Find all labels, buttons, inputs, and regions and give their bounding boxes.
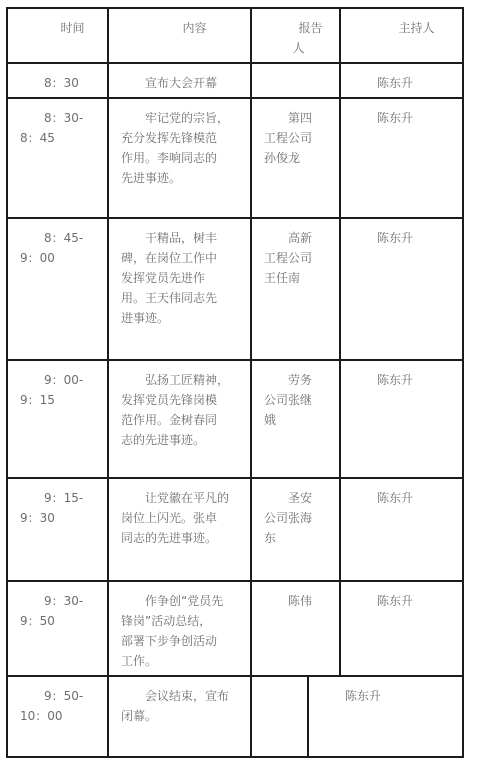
reporter-cell: 陈伟 [251, 581, 340, 676]
time-cell: 8：30- 8：45 [7, 98, 108, 218]
content-cell: 会议结束，宣布 闭幕。 [108, 676, 251, 757]
col-header-host: 主持人 [340, 8, 463, 63]
content-cell: 宣布大会开幕 [108, 63, 251, 98]
table-row-closing: 9：50- 10：00 会议结束，宣布 闭幕。 陈东升 [7, 676, 463, 757]
content-cell: 干精品，树丰 碑，在岗位工作中 发挥党员先进作 用。王天伟同志先 进事迹。 [108, 218, 251, 360]
host-cell: 陈东升 [340, 478, 463, 581]
time-cell: 9：15- 9：30 [7, 478, 108, 581]
content-cell: 作争创“党员先 锋岗”活动总结， 部署下步争创活动 工作。 [108, 581, 251, 676]
table-row: 9：30- 9：50 作争创“党员先 锋岗”活动总结， 部署下步争创活动 工作。… [7, 581, 463, 676]
header-row: 时间 内容 报告 人 主持人 [7, 8, 463, 63]
col-header-content: 内容 [108, 8, 251, 63]
host-cell: 陈东升 [340, 581, 463, 676]
table-row: 9：00- 9：15 弘扬工匠精神， 发挥党员先锋岗模 范作用。金树春同 志的先… [7, 360, 463, 478]
table-row: 8：45- 9：00 干精品，树丰 碑，在岗位工作中 发挥党员先进作 用。王天伟… [7, 218, 463, 360]
reporter-cell: 第四 工程公司 孙俊龙 [251, 98, 340, 218]
host-cell: 陈东升 [308, 676, 463, 757]
host-cell: 陈东升 [340, 360, 463, 478]
table-row: 8：30 宣布大会开幕 陈东升 [7, 63, 463, 98]
col-header-reporter: 报告 人 [251, 8, 340, 63]
host-cell: 陈东升 [340, 63, 463, 98]
time-cell: 9：30- 9：50 [7, 581, 108, 676]
reporter-cell-empty [251, 676, 308, 757]
reporter-cell: 高新 工程公司 王任南 [251, 218, 340, 360]
table-row: 9：15- 9：30 让党徽在平凡的 岗位上闪光。张卓 同志的先进事迹。 圣安 … [7, 478, 463, 581]
reporter-cell [251, 63, 340, 98]
content-cell: 让党徽在平凡的 岗位上闪光。张卓 同志的先进事迹。 [108, 478, 251, 581]
reporter-cell: 劳务 公司张继 娥 [251, 360, 340, 478]
agenda-table: 时间 内容 报告 人 主持人 8：30 宣布大会开幕 陈东升 8：30- 8：4… [6, 7, 464, 758]
content-cell: 弘扬工匠精神， 发挥党员先锋岗模 范作用。金树春同 志的先进事迹。 [108, 360, 251, 478]
col-header-time: 时间 [7, 8, 108, 63]
time-cell: 9：50- 10：00 [7, 676, 108, 757]
page: 时间 内容 报告 人 主持人 8：30 宣布大会开幕 陈东升 8：30- 8：4… [0, 0, 489, 759]
time-cell: 8：45- 9：00 [7, 218, 108, 360]
time-cell: 9：00- 9：15 [7, 360, 108, 478]
time-cell: 8：30 [7, 63, 108, 98]
reporter-cell: 圣安 公司张海 东 [251, 478, 340, 581]
host-cell: 陈东升 [340, 218, 463, 360]
table-row: 8：30- 8：45 牢记党的宗旨， 充分发挥先锋模范 作用。李响同志的 先进事… [7, 98, 463, 218]
host-cell: 陈东升 [340, 98, 463, 218]
content-cell: 牢记党的宗旨， 充分发挥先锋模范 作用。李响同志的 先进事迹。 [108, 98, 251, 218]
